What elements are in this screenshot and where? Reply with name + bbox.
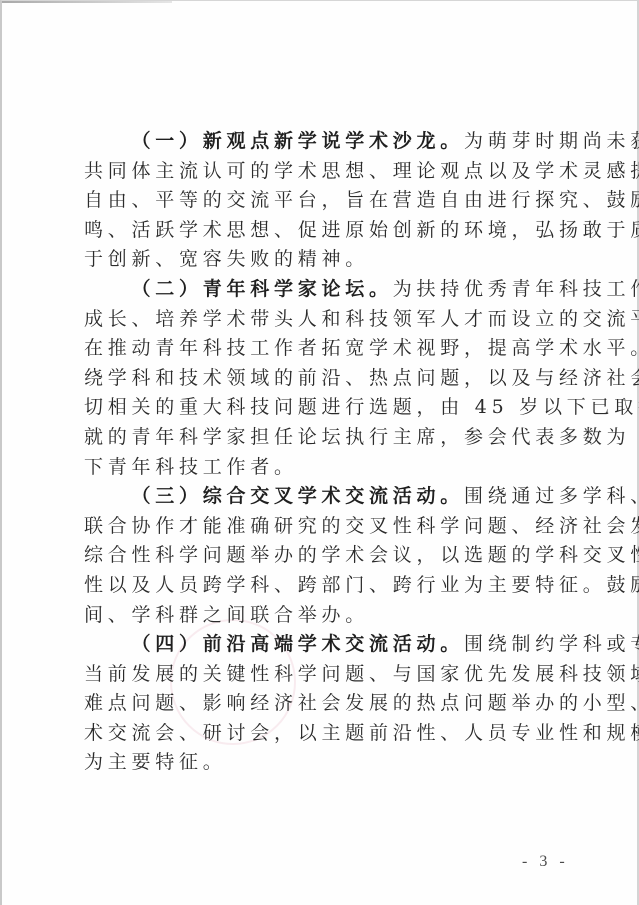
paragraph-line: 联合协作才能准确研究的交叉性科学问题、经济社会发展中的 [84,512,584,542]
section-2: （二）青年科学家论坛。为扶持优秀青年科技工作者学术 成长、培养学术带头人和科技领… [84,275,584,482]
paragraph-line: 当前发展的关键性科学问题、与国家优先发展科技领域相关的 [84,660,584,690]
paragraph-line: 共同体主流认可的学术思想、理论观点以及学术灵感提供宽松、 [84,157,584,187]
document-page: （一）新观点新学说学术沙龙。为萌芽时期尚未获得学术 共同体主流认可的学术思想、理… [0,0,639,905]
section-1-heading: （一）新观点新学说学术沙龙。 [132,130,465,152]
paragraph-text: 为萌芽时期尚未获得学术 [464,130,639,152]
paragraph-line: 下青年科技工作者。 [84,453,584,483]
section-3-heading: （三）综合交叉学术交流活动。 [132,485,465,507]
section-4-first-line: （四）前沿高端学术交流活动。围绕制约学科或专业领域 [84,630,584,660]
paragraph-text: 围绕制约学科或专业领域 [464,633,639,655]
paragraph-line: 成长、培养学术带头人和科技领军人才而设立的交流平台，旨 [84,305,584,335]
paragraph-text: 为扶持优秀青年科技工作者学术 [393,278,639,300]
paragraph-line: 就的青年科学家担任论坛执行主席，参会代表多数为 35 岁以 [84,423,584,453]
section-1: （一）新观点新学说学术沙龙。为萌芽时期尚未获得学术 共同体主流认可的学术思想、理… [84,127,584,275]
paragraph-line: 为主要特征。 [84,748,584,778]
paragraph-line: 于创新、宽容失败的精神。 [84,245,584,275]
paragraph-line: 术交流会、研讨会，以主题前沿性、人员专业性和规模小型性 [84,719,584,749]
scan-edge [2,1,172,3]
section-1-first-line: （一）新观点新学说学术沙龙。为萌芽时期尚未获得学术 [84,127,584,157]
section-3: （三）综合交叉学术交流活动。围绕通过多学科、多专业 联合协作才能准确研究的交叉性… [84,482,584,630]
section-2-heading: （二）青年科学家论坛。 [132,278,393,300]
paragraph-line: 在推动青年科技工作者拓宽学术视野，提高学术水平。重点围 [84,334,584,364]
paragraph-line: 鸣、活跃学术思想、促进原始创新的环境，弘扬敢于质疑、勇 [84,216,584,246]
section-4-heading: （四）前沿高端学术交流活动。 [132,633,465,655]
section-4: （四）前沿高端学术交流活动。围绕制约学科或专业领域 当前发展的关键性科学问题、与… [84,630,584,778]
section-2-first-line: （二）青年科学家论坛。为扶持优秀青年科技工作者学术 [84,275,584,305]
paragraph-text: 围绕通过多学科、多专业 [464,485,639,507]
page-number: - 3 - [522,853,569,871]
paragraph-line: 综合性科学问题举办的学术会议，以选题的学科交叉性、综合 [84,541,584,571]
paragraph-line: 间、学科群之间联合举办。 [84,601,584,631]
paragraph-line: 切相关的重大科技问题进行选题，由 45 岁以下已取得突出成 [84,393,584,423]
document-body: （一）新观点新学说学术沙龙。为萌芽时期尚未获得学术 共同体主流认可的学术思想、理… [84,127,584,778]
paragraph-line: 性以及人员跨学科、跨部门、跨行业为主要特征。鼓励学会之 [84,571,584,601]
paragraph-line: 自由、平等的交流平台，旨在营造自由进行探究、鼓励学术争 [84,186,584,216]
paragraph-line: 绕学科和技术领域的前沿、热点问题，以及与经济社会发展密 [84,364,584,394]
section-3-first-line: （三）综合交叉学术交流活动。围绕通过多学科、多专业 [84,482,584,512]
paragraph-line: 难点问题、影响经济社会发展的热点问题举办的小型、高端学 [84,689,584,719]
